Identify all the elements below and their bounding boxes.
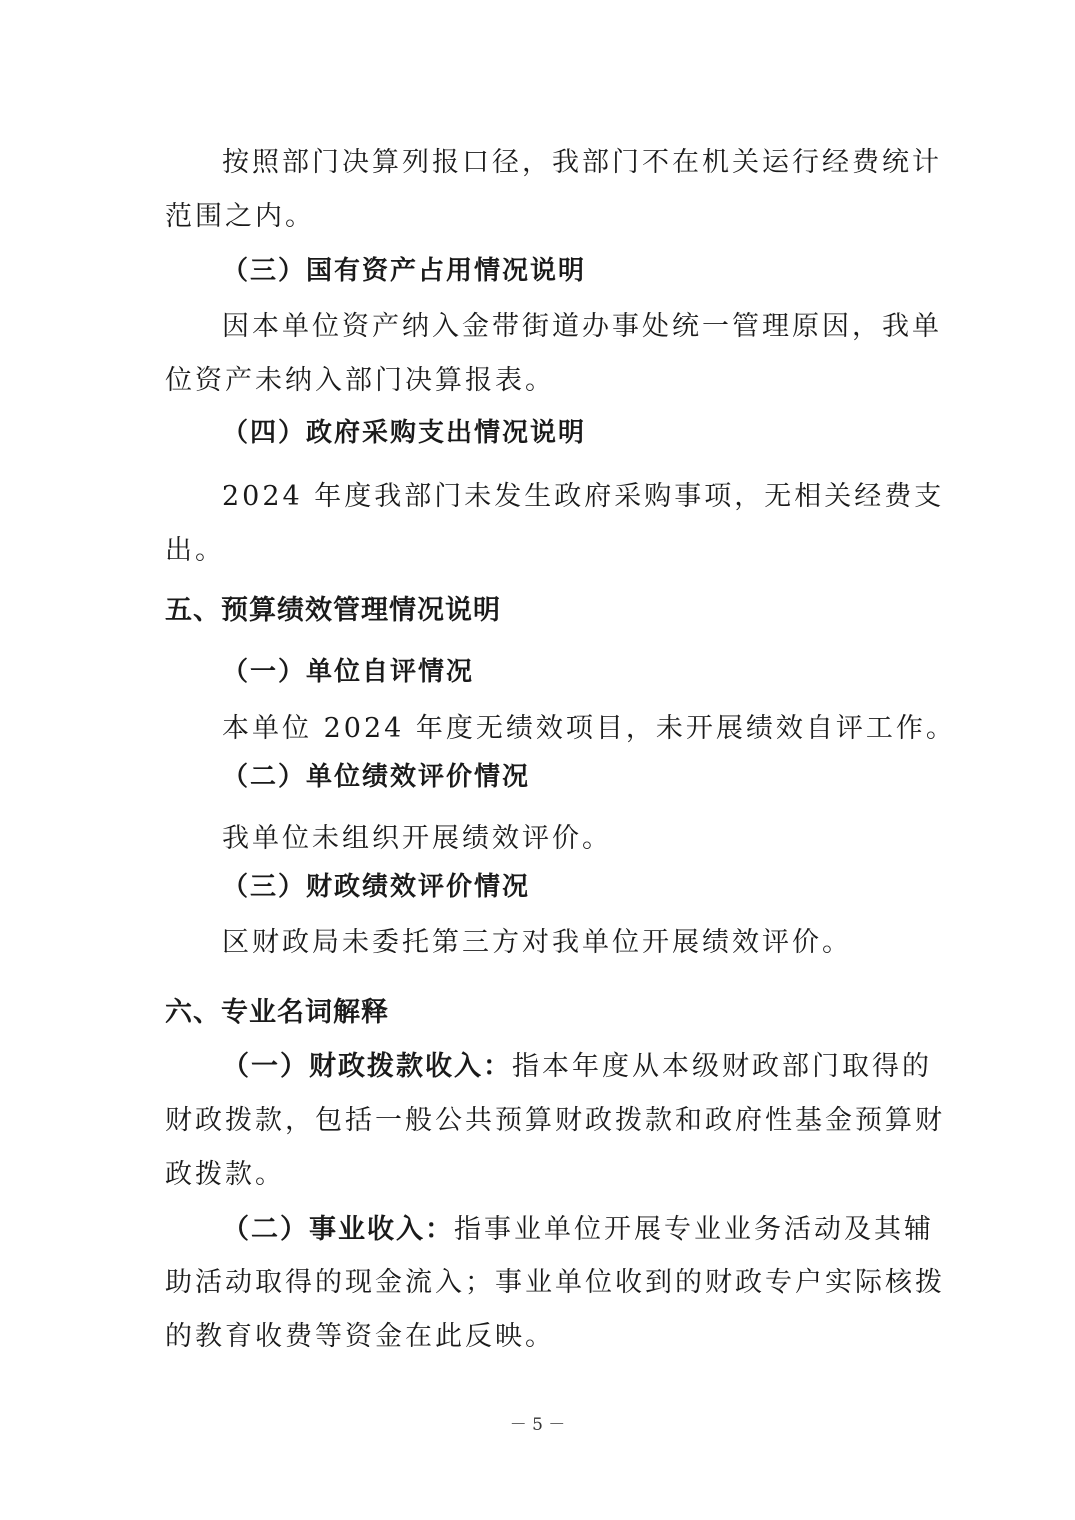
- paragraph-line: 范围之内。: [165, 200, 315, 234]
- paragraph-line: 位资产未纳入部门决算报表。: [165, 364, 555, 398]
- paragraph-line: 本单位 2024 年度无绩效项目，未开展绩效自评工作。: [222, 712, 956, 746]
- term-label: （二）事业收入：: [222, 1214, 454, 1245]
- subsection-heading: （四）政府采购支出情况说明: [222, 416, 586, 450]
- paragraph-line: 按照部门决算列报口径，我部门不在机关运行经费统计: [222, 146, 942, 180]
- term-label: （一）财政拨款收入：: [222, 1051, 512, 1082]
- section-heading: 六、专业名词解释: [165, 996, 389, 1030]
- paragraph-line: 出。: [165, 534, 225, 568]
- term-definition: 指本年度从本级财政部门取得的: [512, 1051, 932, 1082]
- paragraph-line: 我单位未组织开展绩效评价。: [222, 822, 612, 856]
- subsection-heading: （三）国有资产占用情况说明: [222, 254, 586, 288]
- paragraph-line: 2024 年度我部门未发生政府采购事项，无相关经费支: [222, 480, 944, 514]
- paragraph-line: 助活动取得的现金流入；事业单位收到的财政专户实际核拨: [165, 1266, 945, 1300]
- paragraph-line: 因本单位资产纳入金带街道办事处统一管理原因，我单: [222, 310, 942, 344]
- definition-paragraph: （二）事业收入：指事业单位开展专业业务活动及其辅: [222, 1213, 934, 1247]
- subsection-heading: （三）财政绩效评价情况: [222, 870, 530, 904]
- subsection-heading: （一）单位自评情况: [222, 655, 474, 689]
- paragraph-line: 的教育收费等资金在此反映。: [165, 1320, 555, 1354]
- definition-paragraph: （一）财政拨款收入：指本年度从本级财政部门取得的: [222, 1050, 932, 1084]
- section-heading: 五、预算绩效管理情况说明: [165, 594, 501, 628]
- paragraph-line: 区财政局未委托第三方对我单位开展绩效评价。: [222, 926, 852, 960]
- paragraph-line: 政拨款。: [165, 1158, 285, 1192]
- subsection-heading: （二）单位绩效评价情况: [222, 760, 530, 794]
- page-number: － 5 －: [0, 1410, 1075, 1435]
- term-definition: 指事业单位开展专业业务活动及其辅: [454, 1214, 934, 1245]
- paragraph-line: 财政拨款，包括一般公共预算财政拨款和政府性基金预算财: [165, 1104, 945, 1138]
